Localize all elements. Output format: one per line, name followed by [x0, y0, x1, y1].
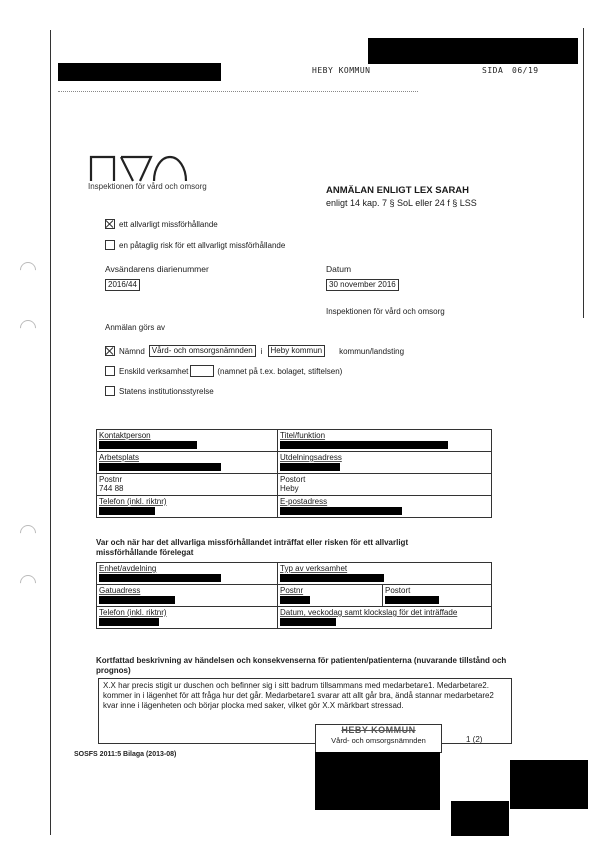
reported-by-sis[interactable]: Statens institutionsstyrelse — [105, 386, 214, 396]
incident-datetime-cell[interactable]: Datum, veckodag samt klockslag för det i… — [278, 607, 492, 629]
activity-type-cell[interactable]: Typ av verksamhet — [278, 563, 492, 585]
date-value[interactable]: 30 november 2016 — [326, 279, 399, 291]
redaction-block — [280, 618, 336, 626]
sender-ref-value[interactable]: 2016/44 — [105, 279, 140, 291]
description-textbox[interactable]: X.X har precis stigit ur duschen och bef… — [98, 678, 512, 744]
field-suffix: (namnet på t.ex. bolaget, stiftelsen) — [217, 367, 342, 376]
phone-cell[interactable]: Telefon (inkl. riktnr) — [97, 496, 278, 518]
workplace-cell[interactable]: Arbetsplats — [97, 452, 278, 474]
punch-hole — [17, 317, 40, 340]
report-type-risk[interactable]: en påtaglig risk för ett allvarligt miss… — [105, 240, 285, 250]
punch-hole — [17, 572, 40, 595]
postcode-cell[interactable]: Postnr 744 88 — [97, 474, 278, 496]
unit-cell[interactable]: Enhet/avdelning — [97, 563, 278, 585]
table-row: Kontaktperson Titel/funktion — [97, 430, 492, 452]
checkbox-checked[interactable] — [105, 346, 115, 356]
ivo-logo-icon — [88, 152, 188, 182]
sender-ref-label: Avsändarens diarienummer — [105, 264, 209, 274]
redaction-block — [451, 801, 509, 836]
incident-phone-cell[interactable]: Telefon (inkl. riktnr) — [97, 607, 278, 629]
reported-by-committee[interactable]: Nämnd Vård- och omsorgsnämnden i Heby ko… — [105, 345, 404, 357]
reported-by-heading: Anmälan görs av — [105, 323, 165, 333]
stamp-subtitle: Vård- och omsorgsnämnden — [316, 736, 441, 746]
table-row: Telefon (inkl. riktnr) Datum, veckodag s… — [97, 607, 492, 629]
checkbox-unchecked[interactable] — [105, 366, 115, 376]
fax-sender: HEBY KOMMUN — [312, 66, 370, 75]
table-row: Enhet/avdelning Typ av verksamhet — [97, 563, 492, 585]
redaction-block — [99, 618, 159, 626]
redaction-block — [280, 596, 310, 604]
incident-postcode-cell[interactable]: Postnr — [278, 585, 383, 607]
checkbox-unchecked[interactable] — [105, 386, 115, 396]
redaction-block — [280, 441, 448, 449]
form-subtitle: enligt 14 kap. 7 § SoL eller 24 f § LSS — [326, 198, 477, 209]
redaction-block — [280, 463, 340, 471]
reported-by-private[interactable]: Enskild verksamhet (namnet på t.ex. bola… — [105, 365, 342, 377]
redaction-block — [280, 574, 384, 582]
date-label: Datum — [326, 264, 351, 274]
incident-location-heading: Var och när har det allvarliga missförhå… — [96, 538, 436, 558]
scan-noise-line — [58, 91, 418, 93]
municipality-field[interactable]: Heby kommun — [268, 345, 326, 357]
field-suffix: kommun/landsting — [339, 347, 404, 356]
description-heading: Kortfattad beskrivning av händelsen och … — [96, 656, 516, 676]
fax-page-number: 06/19 — [512, 66, 539, 75]
logo-organization-name: Inspektionen för vård och omsorg — [88, 182, 207, 191]
punch-hole — [17, 259, 40, 282]
received-stamp: HEBY KOMMUN Vård- och omsorgsnämnden — [315, 724, 442, 753]
table-row: Telefon (inkl. riktnr) E-postadress — [97, 496, 492, 518]
form-title: ANMÄLAN ENLIGT LEX SARAH — [326, 185, 469, 197]
street-address-cell[interactable]: Gatuadress — [97, 585, 278, 607]
redaction-block — [510, 760, 588, 809]
incident-location-table: Enhet/avdelning Typ av verksamhet Gatuad… — [96, 562, 492, 629]
checkbox-checked[interactable] — [105, 219, 115, 229]
delivery-address-cell[interactable]: Utdelningsadress — [278, 452, 492, 474]
postcode-value: 744 88 — [99, 484, 275, 494]
scan-edge-left — [50, 30, 51, 835]
footer-page-number: 1 (2) — [466, 735, 482, 745]
contact-table: Kontaktperson Titel/funktion Arbetsplats… — [96, 429, 492, 518]
redaction-block — [368, 38, 578, 64]
punch-hole — [17, 522, 40, 545]
redaction-block — [99, 441, 197, 449]
city-value: Heby — [280, 484, 489, 494]
footer-form-ref: SOSFS 2011:5 Bilaga (2013-08) — [74, 750, 176, 760]
title-cell[interactable]: Titel/funktion — [278, 430, 492, 452]
committee-name-field[interactable]: Vård- och omsorgsnämnden — [149, 345, 256, 357]
email-cell[interactable]: E-postadress — [278, 496, 492, 518]
redaction-block — [99, 507, 155, 515]
option-label: Nämnd — [119, 347, 145, 356]
city-cell[interactable]: Postort Heby — [278, 474, 492, 496]
redaction-block — [315, 752, 440, 810]
fax-page-label: SIDA — [482, 66, 503, 75]
redaction-block — [280, 507, 402, 515]
description-text: X.X har precis stigit ur duschen och bef… — [103, 681, 494, 710]
checkbox-label: ett allvarligt missförhållande — [119, 220, 218, 229]
checkbox-unchecked[interactable] — [105, 240, 115, 250]
stamp-title: HEBY KOMMUN — [316, 725, 441, 736]
redaction-block — [99, 574, 221, 582]
recipient: Inspektionen för vård och omsorg — [326, 307, 445, 317]
redaction-block — [385, 596, 439, 604]
connector-text: i — [261, 347, 263, 356]
option-label: Enskild verksamhet — [119, 367, 188, 376]
redaction-block — [58, 63, 221, 81]
table-row: Arbetsplats Utdelningsadress — [97, 452, 492, 474]
report-type-serious[interactable]: ett allvarligt missförhållande — [105, 219, 218, 229]
redaction-block — [99, 463, 221, 471]
company-name-field[interactable] — [190, 365, 214, 377]
checkbox-label: en påtaglig risk för ett allvarligt miss… — [119, 241, 285, 250]
table-row: Gatuadress Postnr Postort — [97, 585, 492, 607]
redaction-block — [99, 596, 175, 604]
incident-city-cell[interactable]: Postort — [383, 585, 492, 607]
option-label: Statens institutionsstyrelse — [119, 387, 214, 396]
scan-edge-right — [583, 28, 584, 318]
table-row: Postnr 744 88 Postort Heby — [97, 474, 492, 496]
contact-person-cell[interactable]: Kontaktperson — [97, 430, 278, 452]
